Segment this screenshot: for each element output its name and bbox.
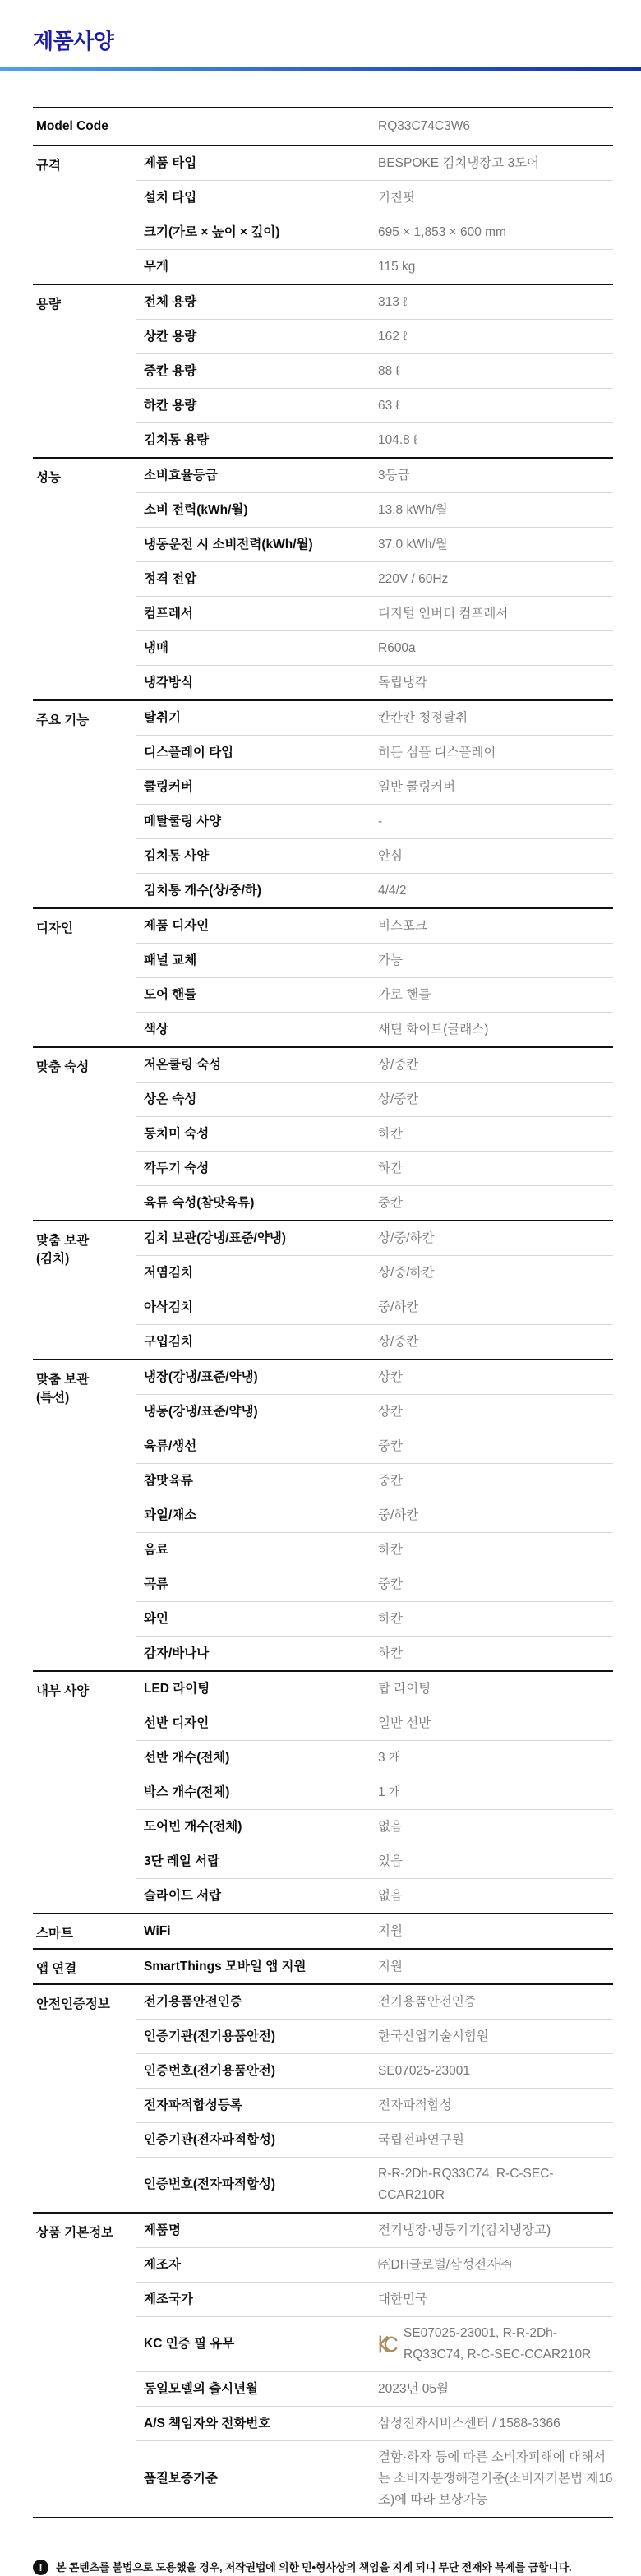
section-category: 맞춤 보관(김치) [33,1221,136,1359]
spec-label: 컴프레서 [136,598,378,630]
spec-row: 3단 레일 서랍있음 [136,1844,613,1878]
copyright-notice: ! 본 콘텐츠를 불법으로 도용했을 경우, 저작권법에 의한 민•형사상의 책… [33,2560,616,2576]
spec-label: 제조국가 [136,2284,378,2315]
spec-label: 전기용품안전인증 [136,1987,378,2018]
spec-value: 상/중칸 [378,1083,613,1116]
spec-value-text: 독립냉각 [378,672,427,694]
spec-value-text: 상/중칸 [378,1055,418,1076]
spec-value-text: 가능 [378,950,403,972]
spec-label: 슬라이드 서랍 [136,1881,378,1912]
spec-value: 안심 [378,840,613,873]
spec-value: ㈜DH글로벌/삼성전자㈜ [378,2249,613,2282]
spec-row: 냉장(강냉/표준/약냉)상칸 [136,1360,613,1394]
spec-label: 냉매 [136,633,378,664]
spec-row: 선반 개수(전체)3 개 [136,1740,613,1775]
spec-value: 4/4/2 [378,875,613,907]
spec-row: 김치통 사양안심 [136,838,613,873]
spec-label: 와인 [136,1604,378,1635]
spec-row: 전자파적합성등록전자파적합성 [136,2088,613,2122]
section-rows: 제품 타입BESPOKE 김치냉장고 3도어설치 타입키친핏크기(가로 × 높이… [136,146,613,284]
spec-value: 313 ℓ [378,286,613,319]
spec-row: 제품명전기냉장·냉동기기(김치냉장고) [136,2214,613,2247]
spec-row: 하칸 용량63 ℓ [136,388,613,422]
section-category-text: 성능 [36,469,136,487]
spec-row: 곡류중칸 [136,1567,613,1601]
spec-row: 패널 교체가능 [136,943,613,977]
spec-value-text: R600a [378,638,416,659]
spec-row: 김치통 개수(상/중/하)4/4/2 [136,873,613,907]
spec-section: 맞춤 보관(특선)냉장(강냉/표준/약냉)상칸냉동(강냉/표준/약냉)상칸육류/… [33,1360,613,1672]
spec-label: 중칸 용량 [136,356,378,387]
spec-label: 하칸 용량 [136,390,378,422]
spec-value-text: R-R-2Dh-RQ33C74, R-C-SEC-CCAR210R [378,2163,613,2206]
spec-sections: 규격제품 타입BESPOKE 김치냉장고 3도어설치 타입키친핏크기(가로 × … [33,146,613,2518]
section-category: 디자인 [33,909,136,1046]
spec-value: - [378,806,613,838]
section-category-text: 규격 [36,157,136,175]
copyright-text: 본 콘텐츠를 불법으로 도용했을 경우, 저작권법에 의한 민•형사상의 책임을… [56,2560,571,2576]
spec-value: 상/중칸 [378,1326,613,1359]
spec-value: 가능 [378,944,613,977]
spec-label: 제품 디자인 [136,911,378,942]
spec-value-text: 가로 핸들 [378,985,431,1006]
spec-label: 감자/바나나 [136,1638,378,1669]
spec-section: 상품 기본정보제품명전기냉장·냉동기기(김치냉장고)제조자㈜DH글로벌/삼성전자… [33,2214,613,2518]
spec-label: 육류 숙성(참맛육류) [136,1188,378,1219]
spec-label: 무게 [136,252,378,283]
section-rows: 김치 보관(강냉/표준/약냉)상/중/하칸저염김치상/중/하칸아삭김치중/하칸구… [136,1221,613,1359]
spec-value-text: 220V / 60Hz [378,569,448,590]
spec-label: 과일/채소 [136,1500,378,1531]
spec-value-text: 비스포크 [378,916,427,937]
spec-value-text: 키친핏 [378,187,415,209]
spec-row: 냉매R600a [136,630,613,665]
section-category-text: 맞춤 숙성 [36,1059,136,1077]
spec-label: 냉각방식 [136,667,378,699]
section-category: 규격 [33,146,136,284]
section-category-text: 맞춤 보관 [36,1232,136,1250]
spec-label: 품질보증기준 [136,2463,378,2495]
spec-row: 육류 숙성(참맛육류)중칸 [136,1185,613,1220]
spec-value: 없음 [378,1811,613,1844]
section-category-text: 맞춤 보관 [36,1371,136,1389]
spec-row: 디스플레이 타입히든 심플 디스플레이 [136,735,613,769]
spec-label: 김치통 사양 [136,841,378,872]
spec-value-text: 중/하칸 [378,1505,418,1526]
spec-value-text: 일반 쿨링커버 [378,777,455,798]
spec-row: 참맛육류중칸 [136,1463,613,1498]
spec-value: 중칸 [378,1465,613,1498]
spec-value-text: 중칸 [378,1470,403,1492]
section-category: 맞춤 숙성 [33,1048,136,1220]
spec-value: 중칸 [378,1430,613,1463]
spec-value: 2023년 05월 [378,2373,613,2406]
spec-label: 선반 디자인 [136,1708,378,1739]
spec-section: 용량전체 용량313 ℓ상칸 용량162 ℓ중칸 용량88 ℓ하칸 용량63 ℓ… [33,285,613,459]
spec-label: 육류/생선 [136,1431,378,1462]
model-code-value-text: RQ33C74C3W6 [378,116,470,137]
spec-label: 도어빈 개수(전체) [136,1812,378,1843]
spec-value-text: 삼성전자서비스센터 / 1588-3366 [378,2413,560,2435]
kc-mark-icon [378,2335,398,2353]
spec-value: 3 개 [378,1742,613,1775]
spec-label: 냉장(강냉/표준/약냉) [136,1362,378,1393]
spec-row: 소비 전력(kWh/월)13.8 kWh/월 [136,492,613,527]
spec-section: 맞춤 보관(김치)김치 보관(강냉/표준/약냉)상/중/하칸저염김치상/중/하칸… [33,1221,613,1360]
spec-value: 중/하칸 [378,1291,613,1324]
spec-value-text: 하칸 [378,1124,403,1145]
spec-value: 결함·하자 등에 따른 소비자피해에 대해서는 소비자분쟁해결기준(소비자기본법… [378,2441,613,2517]
spec-label: 김치통 개수(상/중/하) [136,875,378,907]
spec-row: 전체 용량313 ℓ [136,285,613,319]
section-category-text: 스마트 [36,1925,136,1943]
spec-value: 지원 [378,1950,613,1983]
spec-table: Model Code RQ33C74C3W6 규격제품 타입BESPOKE 김치… [33,107,613,2518]
section-category-text: 디자인 [36,920,136,938]
spec-row: 쿨링커버일반 쿨링커버 [136,769,613,804]
spec-value: 한국산업기술시험원 [378,2020,613,2053]
spec-label: 3단 레일 서랍 [136,1846,378,1877]
spec-section: 스마트WiFi지원 [33,1914,613,1950]
spec-value-text: 13.8 kWh/월 [378,500,448,521]
spec-label: 상칸 용량 [136,321,378,353]
spec-value: 37.0 kWh/월 [378,529,613,561]
model-code-label: Model Code [33,119,378,134]
spec-value-text: 115 kg [378,256,415,278]
section-category-text-line2: (특선) [36,1389,136,1407]
spec-label: 디스플레이 타입 [136,737,378,769]
spec-value-text: 전기용품안전인증 [378,1992,477,2013]
section-category-text: 용량 [36,296,136,314]
spec-value: 상/중/하칸 [378,1222,613,1255]
spec-value-text: 104.8 ℓ [378,430,417,451]
section-category: 안전인증정보 [33,1985,136,2212]
spec-label: 아삭김치 [136,1292,378,1323]
spec-value-text: 1 개 [378,1782,401,1803]
spec-value-text: 상칸 [378,1367,403,1388]
spec-value-text: 새틴 화이트(글래스) [378,1019,488,1041]
spec-label: KC 인증 필 유무 [136,2329,378,2360]
section-category: 내부 사양 [33,1672,136,1913]
spec-label: 곡류 [136,1569,378,1600]
spec-value-text: 중칸 [378,1193,403,1214]
spec-value-text: 3등급 [378,465,410,487]
spec-row: 도어빈 개수(전체)없음 [136,1809,613,1844]
spec-row: 저온쿨링 숙성상/중칸 [136,1048,613,1082]
spec-row: 동일모델의 출시년월2023년 05월 [136,2371,613,2406]
spec-value-text: 지원 [378,1956,403,1978]
section-category: 주요 기능 [33,701,136,907]
spec-value-text: 있음 [378,1851,403,1872]
spec-label: 제품명 [136,2215,378,2246]
spec-row: 육류/생선중칸 [136,1429,613,1463]
section-category: 스마트 [33,1914,136,1948]
spec-value: 키친핏 [378,182,613,215]
spec-value: 중칸 [378,1568,613,1601]
spec-value-text: 37.0 kWh/월 [378,534,448,556]
spec-value-text: 하칸 [378,1609,403,1630]
spec-row: 냉동(강냉/표준/약냉)상칸 [136,1394,613,1429]
spec-row: 정격 전압220V / 60Hz [136,561,613,596]
spec-value-text: 전자파적합성 [378,2095,452,2117]
spec-row: 상칸 용량162 ℓ [136,319,613,353]
spec-value: 하칸 [378,1534,613,1567]
model-code-value: RQ33C74C3W6 [378,110,613,143]
spec-value-text: 2023년 05월 [378,2379,449,2400]
spec-value: 88 ℓ [378,355,613,388]
spec-value-text: 하칸 [378,1643,403,1664]
spec-row: 제품 디자인비스포크 [136,909,613,943]
spec-label: 동치미 숙성 [136,1119,378,1150]
spec-value: 가로 핸들 [378,979,613,1012]
section-rows: LED 라이팅탑 라이팅선반 디자인일반 선반선반 개수(전체)3 개박스 개수… [136,1672,613,1913]
spec-value: 중칸 [378,1187,613,1220]
spec-label: 상온 숙성 [136,1084,378,1115]
spec-label: 저염김치 [136,1258,378,1289]
spec-value-text: 중/하칸 [378,1297,418,1318]
spec-label: 저온쿨링 숙성 [136,1050,378,1081]
spec-label: 설치 타입 [136,182,378,214]
section-category: 상품 기본정보 [33,2214,136,2517]
spec-value: 220V / 60Hz [378,563,613,596]
spec-row: 과일/채소중/하칸 [136,1498,613,1532]
spec-value-text: 4/4/2 [378,880,406,902]
exclamation-circle-icon: ! [33,2560,48,2575]
spec-value: 162 ℓ [378,321,613,353]
spec-row: 깍두기 숙성하칸 [136,1151,613,1185]
spec-value-text: 중칸 [378,1574,403,1595]
spec-value-text: 162 ℓ [378,326,407,348]
spec-value: R-R-2Dh-RQ33C74, R-C-SEC-CCAR210R [378,2158,613,2212]
spec-row: 품질보증기준결함·하자 등에 따른 소비자피해에 대해서는 소비자분쟁해결기준(… [136,2440,613,2517]
spec-section: 안전인증정보전기용품안전인증전기용품안전인증인증기관(전기용품안전)한국산업기술… [33,1985,613,2214]
section-rows: 제품 디자인비스포크패널 교체가능도어 핸들가로 핸들색상새틴 화이트(글래스) [136,909,613,1046]
spec-value: 일반 쿨링커버 [378,771,613,804]
spec-value-text: 상/중칸 [378,1332,418,1353]
spec-label: 쿨링커버 [136,772,378,803]
spec-label: 제품 타입 [136,148,378,179]
spec-value: 중/하칸 [378,1499,613,1532]
spec-label: WiFi [136,1916,378,1947]
spec-row: A/S 책임자와 전화번호삼성전자서비스센터 / 1588-3366 [136,2406,613,2440]
spec-row: 슬라이드 서랍없음 [136,1878,613,1913]
spec-value-text: 일반 선반 [378,1713,431,1734]
spec-label: 패널 교체 [136,945,378,976]
spec-row: 제품 타입BESPOKE 김치냉장고 3도어 [136,146,613,180]
spec-section: 성능소비효율등급3등급소비 전력(kWh/월)13.8 kWh/월냉동운전 시 … [33,459,613,701]
spec-label: 인증기관(전자파적합성) [136,2125,378,2156]
spec-label: 제조자 [136,2250,378,2281]
spec-value-text: 국립전파연구원 [378,2130,464,2151]
spec-value: 하칸 [378,1637,613,1670]
spec-label: 전체 용량 [136,287,378,318]
table-row-model-code: Model Code RQ33C74C3W6 [33,108,613,146]
spec-label: 참맛육류 [136,1466,378,1497]
spec-row: 소비효율등급3등급 [136,459,613,492]
spec-value-text: BESPOKE 김치냉장고 3도어 [378,153,539,174]
spec-label: 인증번호(전기용품안전) [136,2056,378,2087]
section-category: 맞춤 보관(특선) [33,1360,136,1670]
spec-value: 하칸 [378,1603,613,1636]
spec-row: 상온 숙성상/중칸 [136,1082,613,1116]
spec-value-text: 88 ℓ [378,361,400,382]
spec-value-text: 전기냉장·냉동기기(김치냉장고) [378,2220,551,2241]
spec-section: 디자인제품 디자인비스포크패널 교체가능도어 핸들가로 핸들색상새틴 화이트(글… [33,909,613,1048]
spec-label: 박스 개수(전체) [136,1777,378,1808]
section-rows: 냉장(강냉/표준/약냉)상칸냉동(강냉/표준/약냉)상칸육류/생선중칸참맛육류중… [136,1360,613,1670]
spec-label: LED 라이팅 [136,1673,378,1705]
spec-label: 냉동(강냉/표준/약냉) [136,1396,378,1428]
spec-value: 탑 라이팅 [378,1673,613,1706]
spec-value-text: 칸칸칸 청정탈취 [378,708,468,729]
spec-value: 상칸 [378,1361,613,1394]
spec-section: 맞춤 숙성저온쿨링 숙성상/중칸상온 숙성상/중칸동치미 숙성하칸깍두기 숙성하… [33,1048,613,1221]
spec-value: 삼성전자서비스센터 / 1588-3366 [378,2407,613,2440]
spec-label: 김치통 용량 [136,425,378,456]
spec-row: 전기용품안전인증전기용품안전인증 [136,1985,613,2019]
spec-value-text: 313 ℓ [378,292,407,313]
spec-row: 제조자㈜DH글로벌/삼성전자㈜ [136,2247,613,2282]
spec-value: 지원 [378,1915,613,1948]
spec-label: A/S 책임자와 전화번호 [136,2408,378,2440]
section-category: 성능 [33,459,136,699]
spec-label: 색상 [136,1014,378,1046]
spec-label: 냉동운전 시 소비전력(kWh/월) [136,529,378,561]
spec-row: 구입김치상/중칸 [136,1324,613,1359]
spec-row: 탈취기칸칸칸 청정탈취 [136,701,613,735]
spec-value-text: 하칸 [378,1158,403,1180]
spec-label: 정격 전압 [136,564,378,595]
spec-value: SE07025-23001, R-R-2Dh-RQ33C74, R-C-SEC-… [378,2317,613,2371]
product-spec-page: 제품사양 Model Code RQ33C74C3W6 규격제품 타입BESPO… [0,0,641,2576]
spec-label: 김치 보관(강냉/표준/약냉) [136,1223,378,1254]
spec-value: 국립전파연구원 [378,2124,613,2157]
spec-value-text: 상칸 [378,1401,403,1423]
section-rows: SmartThings 모바일 앱 지원지원 [136,1950,613,1983]
spec-row: LED 라이팅탑 라이팅 [136,1672,613,1706]
spec-label: 동일모델의 출시년월 [136,2374,378,2405]
spec-value: SE07025-23001 [378,2055,613,2088]
section-category-text-line2: (김치) [36,1250,136,1268]
spec-row: 무게115 kg [136,249,613,284]
spec-value-text: 중칸 [378,1436,403,1457]
spec-row: 냉동운전 시 소비전력(kWh/월)37.0 kWh/월 [136,527,613,561]
section-category: 용량 [33,285,136,457]
section-category-text: 안전인증정보 [36,1996,136,2014]
spec-row: 컴프레서디지털 인버터 컴프레서 [136,596,613,630]
spec-value-text: 63 ℓ [378,395,400,417]
spec-value: 하칸 [378,1118,613,1151]
spec-value: 히든 심플 디스플레이 [378,736,613,769]
spec-value-text: SE07025-23001, R-R-2Dh-RQ33C74, R-C-SEC-… [404,2323,613,2366]
section-rows: 전기용품안전인증전기용품안전인증인증기관(전기용품안전)한국산업기술시험원인증번… [136,1985,613,2212]
spec-value-text: 대한민국 [378,2289,427,2311]
section-rows: 소비효율등급3등급소비 전력(kWh/월)13.8 kWh/월냉동운전 시 소비… [136,459,613,699]
spec-value: 있음 [378,1845,613,1878]
spec-value-text: 3 개 [378,1747,401,1769]
spec-label: 선반 개수(전체) [136,1743,378,1774]
spec-section: 규격제품 타입BESPOKE 김치냉장고 3도어설치 타입키친핏크기(가로 × … [33,146,613,285]
spec-row: 색상새틴 화이트(글래스) [136,1012,613,1046]
spec-value-text: 없음 [378,1817,403,1838]
spec-value: 일반 선반 [378,1707,613,1740]
spec-label: 전자파적합성등록 [136,2090,378,2121]
spec-value: 독립냉각 [378,667,613,699]
spec-value-text: 695 × 1,853 × 600 mm [378,222,506,243]
spec-value: 대한민국 [378,2283,613,2316]
spec-value-text: - [378,811,382,833]
spec-value-text: 상/중칸 [378,1089,418,1110]
section-rows: 제품명전기냉장·냉동기기(김치냉장고)제조자㈜DH글로벌/삼성전자㈜제조국가대한… [136,2214,613,2517]
spec-row: 인증번호(전기용품안전)SE07025-23001 [136,2053,613,2088]
spec-row: 박스 개수(전체)1 개 [136,1775,613,1809]
spec-value-text: 히든 심플 디스플레이 [378,742,496,764]
spec-row: 와인하칸 [136,1601,613,1636]
spec-value: 새틴 화이트(글래스) [378,1013,613,1046]
spec-value: BESPOKE 김치냉장고 3도어 [378,147,613,180]
spec-label: 음료 [136,1535,378,1566]
section-rows: 저온쿨링 숙성상/중칸상온 숙성상/중칸동치미 숙성하칸깍두기 숙성하칸육류 숙… [136,1048,613,1220]
spec-value: 13.8 kWh/월 [378,494,613,527]
spec-value-text: 한국산업기술시험원 [378,2026,489,2047]
spec-row: 도어 핸들가로 핸들 [136,977,613,1012]
spec-value-text: 안심 [378,846,403,867]
spec-row: 인증기관(전기용품안전)한국산업기술시험원 [136,2019,613,2053]
spec-value-text: 결함·하자 등에 따른 소비자피해에 대해서는 소비자분쟁해결기준(소비자기본법… [378,2447,613,2511]
spec-label: 소비 전력(kWh/월) [136,495,378,526]
spec-value-text: 지원 [378,1921,403,1942]
spec-value: 하칸 [378,1152,613,1185]
spec-value-text: SE07025-23001 [378,2061,470,2082]
spec-value-text: 상/중/하칸 [378,1263,435,1284]
spec-value: 695 × 1,853 × 600 mm [378,216,613,249]
section-category-text: 주요 기능 [36,712,136,730]
spec-row: WiFi지원 [136,1914,613,1948]
spec-value: 104.8 ℓ [378,424,613,457]
spec-value-text: 탑 라이팅 [378,1678,431,1700]
spec-value: 비스포크 [378,910,613,943]
spec-label: 인증기관(전기용품안전) [136,2021,378,2052]
spec-value: 없음 [378,1880,613,1913]
title-underline [0,67,641,71]
spec-label: 구입김치 [136,1327,378,1358]
spec-label: 탈취기 [136,703,378,734]
spec-section: 앱 연결SmartThings 모바일 앱 지원지원 [33,1950,613,1985]
spec-row: 김치 보관(강냉/표준/약냉)상/중/하칸 [136,1221,613,1255]
section-category-text: 앱 연결 [36,1960,136,1978]
spec-section: 주요 기능탈취기칸칸칸 청정탈취디스플레이 타입히든 심플 디스플레이쿨링커버일… [33,701,613,909]
spec-row: 김치통 용량104.8 ℓ [136,422,613,457]
spec-row: 선반 디자인일반 선반 [136,1706,613,1740]
spec-value: 63 ℓ [378,390,613,422]
spec-section: 내부 사양LED 라이팅탑 라이팅선반 디자인일반 선반선반 개수(전체)3 개… [33,1672,613,1914]
spec-value: 디지털 인버터 컴프레서 [378,598,613,630]
spec-value: 상칸 [378,1396,613,1429]
spec-label: 깍두기 숙성 [136,1153,378,1184]
spec-value-text: 하칸 [378,1540,403,1561]
spec-value: 3등급 [378,459,613,492]
spec-row: 설치 타입키친핏 [136,180,613,215]
spec-row: 인증번호(전자파적합성)R-R-2Dh-RQ33C74, R-C-SEC-CCA… [136,2157,613,2212]
spec-row: 메탈쿨링 사양- [136,804,613,838]
spec-value: 칸칸칸 청정탈취 [378,702,613,735]
spec-value: 1 개 [378,1776,613,1809]
spec-row: 제조국가대한민국 [136,2282,613,2316]
spec-value-text: 없음 [378,1886,403,1907]
spec-value-text: ㈜DH글로벌/삼성전자㈜ [378,2255,512,2276]
spec-value: 전기냉장·냉동기기(김치냉장고) [378,2214,613,2247]
spec-value-text: 디지털 인버터 컴프레서 [378,603,508,625]
